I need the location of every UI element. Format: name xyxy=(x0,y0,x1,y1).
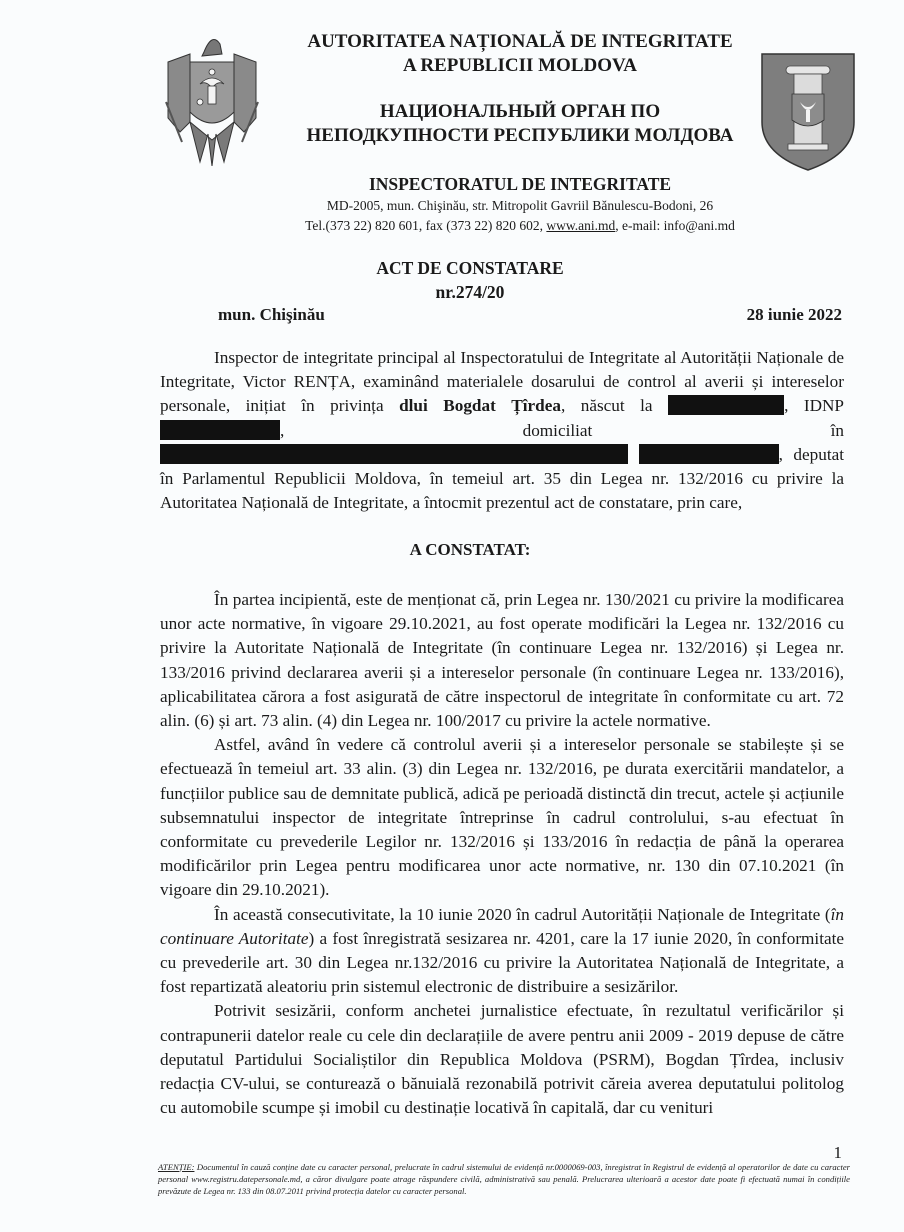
act-place: mun. Chişinău xyxy=(218,303,325,327)
act-number: nr.274/20 xyxy=(300,280,640,304)
org-name-ru-line2: НЕПОДКУПНОСТИ РЕСПУБЛИКИ МОЛДОВА xyxy=(260,124,780,148)
website-link[interactable]: www.ani.md xyxy=(546,218,615,233)
act-title: ACT DE CONSTATARE xyxy=(300,256,640,280)
contact-block: MD-2005, mun. Chişinău, str. Mitropolit … xyxy=(200,196,840,236)
address-line: MD-2005, mun. Chişinău, str. Mitropolit … xyxy=(200,196,840,216)
moldova-coat-of-arms-icon xyxy=(160,22,264,168)
email: , e-mail: info@ani.md xyxy=(615,218,735,233)
redacted-address xyxy=(160,444,628,464)
notice-text: Documentul în cauză conține date cu cara… xyxy=(158,1162,850,1196)
redacted-address-cont xyxy=(639,444,779,464)
phone-fax: Tel.(373 22) 820 601, fax (373 22) 820 6… xyxy=(305,218,546,233)
intro-text: , născut la xyxy=(561,396,668,415)
department-name: INSPECTORATUL DE INTEGRITATE xyxy=(260,173,780,195)
org-name-ro: AUTORITATEA NAȚIONALĂ DE INTEGRITATE A R… xyxy=(260,30,780,78)
redacted-birthdate xyxy=(668,395,784,415)
org-name-ro-line1: AUTORITATEA NAȚIONALĂ DE INTEGRITATE xyxy=(260,30,780,54)
section-title: A CONSTATAT: xyxy=(300,538,640,562)
paragraph: Astfel, având în vedere că controlul ave… xyxy=(160,733,844,902)
intro-paragraph: Inspector de integritate principal al In… xyxy=(160,346,844,515)
page-number: 1 xyxy=(834,1143,843,1163)
privacy-notice: ATENȚIE: Documentul în cauză conține dat… xyxy=(158,1161,850,1197)
redacted-idnp xyxy=(160,420,280,440)
org-name-ru-line1: НАЦИОНАЛЬНЫЙ ОРГАН ПО xyxy=(260,100,780,124)
notice-label: ATENȚIE: xyxy=(158,1162,194,1172)
intro-text: , IDNP xyxy=(784,396,844,415)
subject-name: dlui Bogdat Țîrdea xyxy=(399,396,561,415)
contact-line: Tel.(373 22) 820 601, fax (373 22) 820 6… xyxy=(200,216,840,236)
org-name-ro-line2: A REPUBLICII MOLDOVA xyxy=(260,54,780,78)
paragraph: În partea incipientă, este de menționat … xyxy=(160,588,844,733)
paragraph-text: În această consecutivitate, la 10 iunie … xyxy=(214,905,831,924)
document-page: AUTORITATEA NAȚIONALĂ DE INTEGRITATE A R… xyxy=(0,0,904,1232)
paragraph: În această consecutivitate, la 10 iunie … xyxy=(160,903,844,1000)
main-body: În partea incipientă, este de menționat … xyxy=(160,588,844,1120)
paragraph: Potrivit sesizării, conform anchetei jur… xyxy=(160,999,844,1120)
intro-text: , domiciliat în xyxy=(280,421,844,440)
act-date: 28 iunie 2022 xyxy=(747,303,842,327)
org-name-ru: НАЦИОНАЛЬНЫЙ ОРГАН ПО НЕПОДКУПНОСТИ РЕСП… xyxy=(260,100,780,148)
